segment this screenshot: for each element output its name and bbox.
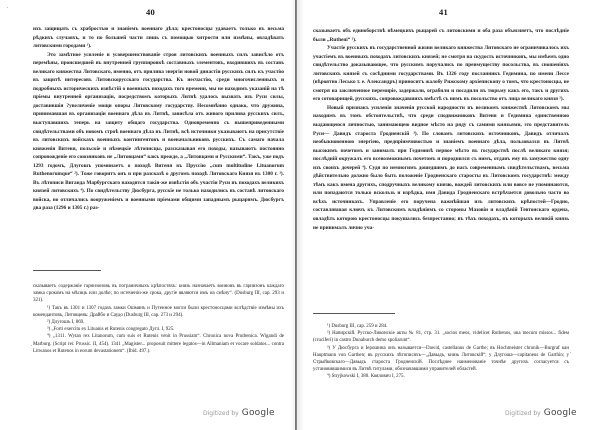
watermark-prefix: Digitized by [203, 410, 239, 417]
google-watermark: Digitized by Google [505, 408, 577, 418]
footnote: ²) Длугошъ I, 869. [33, 319, 284, 326]
right-page: 41 сказываетъ объ единоборствѣ нѣмецкихъ… [300, 0, 600, 430]
footnote: ⁴) „1311. Wytan rex Litanorum, cum suis … [33, 333, 284, 355]
footnote: ³) „Forti exercitu ex Lituanis et Ruteni… [33, 326, 284, 333]
watermark-prefix: Digitized by [505, 410, 541, 417]
paragraph: Новый признакъ усиленія значенія русской… [313, 104, 569, 232]
scan-speck [570, 352, 571, 353]
footnote-continuation: сказываетъ содержаніе гарнизоновъ въ пог… [33, 283, 284, 305]
paragraph: Участіе русскихъ въ государственной жизн… [313, 44, 569, 104]
left-page: 40 ихъ защищать съ храбростью и знаніемъ… [0, 0, 296, 430]
scan-speck [31, 345, 32, 346]
footnote-separator [33, 270, 101, 271]
paragraph: сказываетъ объ единоборствѣ нѣмецкихъ ры… [313, 27, 569, 44]
footnote: ³) У Дюсбурга и Іерошина онъ называется—… [313, 345, 569, 374]
footnotes: сказываетъ содержаніе гарнизоновъ въ пог… [33, 283, 284, 355]
paragraph: Это замѣтное усиленіе и усовершенствован… [33, 51, 284, 213]
footnotes: ¹) Dusburg III, сар. 259 и 284. ²) Напир… [313, 323, 569, 381]
page-number: 40 [146, 7, 155, 17]
footnote-separator [313, 313, 395, 314]
watermark-brand: Google [544, 408, 577, 418]
footnote: ⁴) Stryjkowski I, 380. Коялович I, 275. [313, 373, 569, 380]
footnote: ¹) Dusburg III, сар. 259 и 284. [313, 323, 569, 330]
footnote: ¹) Такъ въ 1301 и 1307 годахъ замки Ошмя… [33, 305, 284, 319]
footnote: ²) Напирскій. Русско-Ливонскіе акты № 81… [313, 330, 569, 344]
paragraph: ихъ защищать съ храбростью и знаніемъ во… [33, 25, 284, 51]
body-text: сказываетъ объ единоборствѣ нѣмецкихъ ры… [313, 27, 569, 232]
page-number: 41 [439, 7, 448, 17]
watermark-brand: Google [242, 408, 275, 418]
book-spread: 40 ихъ защищать съ храбростью и знаніемъ… [0, 0, 600, 430]
body-text: ихъ защищать съ храбростью и знаніемъ во… [33, 25, 284, 213]
google-watermark: Digitized by Google [203, 408, 275, 418]
scan-speck [7, 7, 8, 8]
